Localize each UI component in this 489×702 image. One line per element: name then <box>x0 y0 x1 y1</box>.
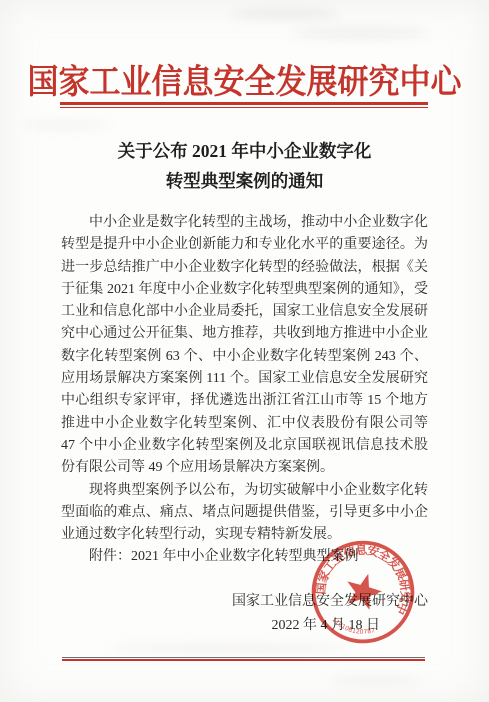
document-title-line1: 关于公布 2021 年中小企业数字化 <box>0 136 489 166</box>
body-paragraph-1: 中小企业是数字化转型的主战场，推动中小企业数字化转型是提升中小企业创新能力和专业… <box>61 212 428 480</box>
signer-org-name: 国家工业信息安全发展研究中心 <box>61 591 428 613</box>
letterhead-org-name: 国家工业信息安全发展研究中心 <box>0 54 489 103</box>
scan-smudge <box>290 26 430 40</box>
scanned-document-page: 国家工业信息安全发展研究中心 关于公布 2021 年中小企业数字化 转型典型案例… <box>0 0 489 702</box>
attachment-line: 附件：2021 年中小企业数字化转型典型案例 <box>61 546 428 568</box>
scan-smudge <box>110 644 350 652</box>
document-body: 中小企业是数字化转型的主战场，推动中小企业数字化转型是提升中小企业创新能力和专业… <box>61 212 428 569</box>
scan-smudge <box>330 675 420 685</box>
document-title-line2: 转型典型案例的通知 <box>0 166 489 196</box>
letterhead-divider <box>60 102 428 108</box>
signature-block: 国家工业信息安全发展研究中心 2022 年 4 月 18 日 <box>61 591 428 637</box>
scan-smudge <box>230 8 340 20</box>
footer-divider <box>62 657 425 661</box>
signature-date: 2022 年 4 月 18 日 <box>61 615 428 637</box>
body-paragraph-2: 现将典型案例予以公布，为切实破解中小企业数字化转型面临的难点、痛点、堵点问题提供… <box>61 480 428 547</box>
scan-smudge <box>20 120 110 130</box>
document-title: 关于公布 2021 年中小企业数字化 转型典型案例的通知 <box>0 136 489 196</box>
